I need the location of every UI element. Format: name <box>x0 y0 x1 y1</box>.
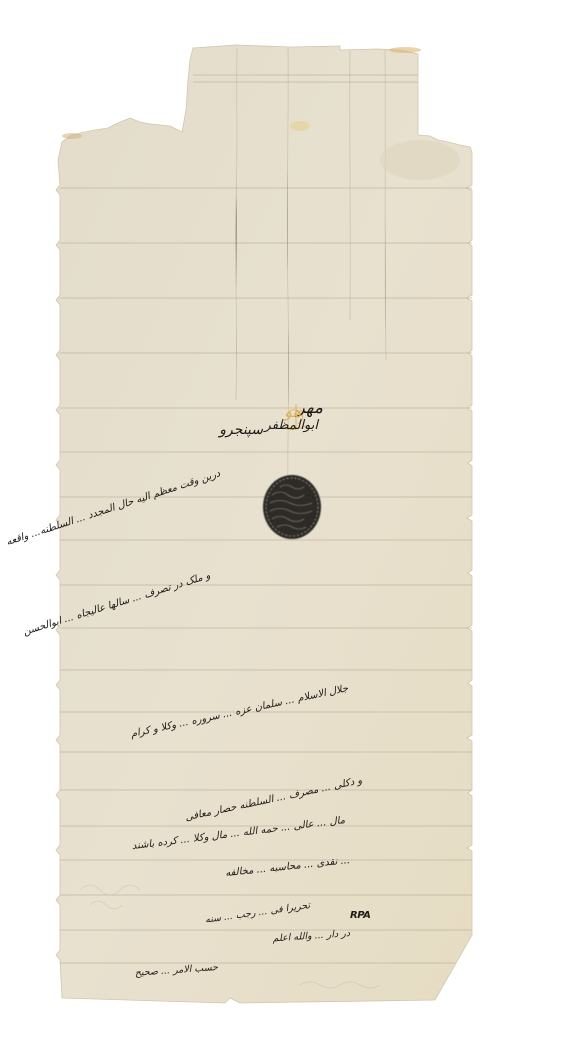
paper-sheet <box>0 0 563 1052</box>
annotation-mark: RPA <box>350 910 370 921</box>
invocation-gold: هو <box>284 402 301 421</box>
seal-impression <box>263 475 321 539</box>
invocation-line-3: سپنجرو <box>219 422 263 438</box>
paper-outline-icon <box>56 45 472 1003</box>
document-photo: مهر ابوالمظفر سپنجرو هو درین وقت معظم ال… <box>0 0 563 1052</box>
